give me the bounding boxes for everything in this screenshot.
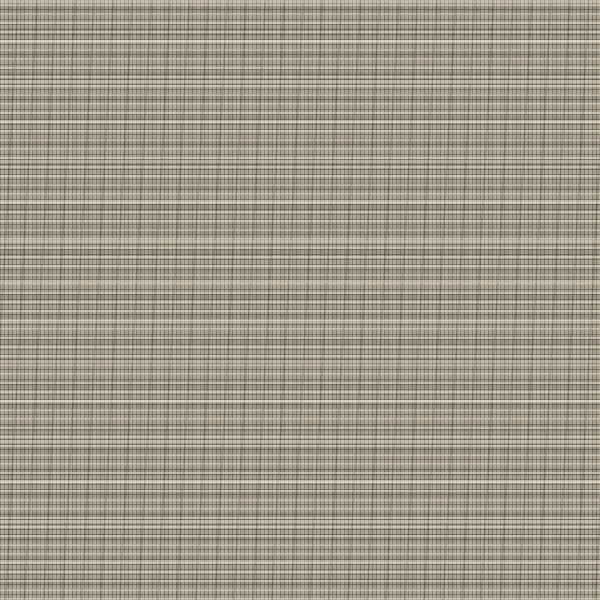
fabric-texture <box>0 0 600 600</box>
